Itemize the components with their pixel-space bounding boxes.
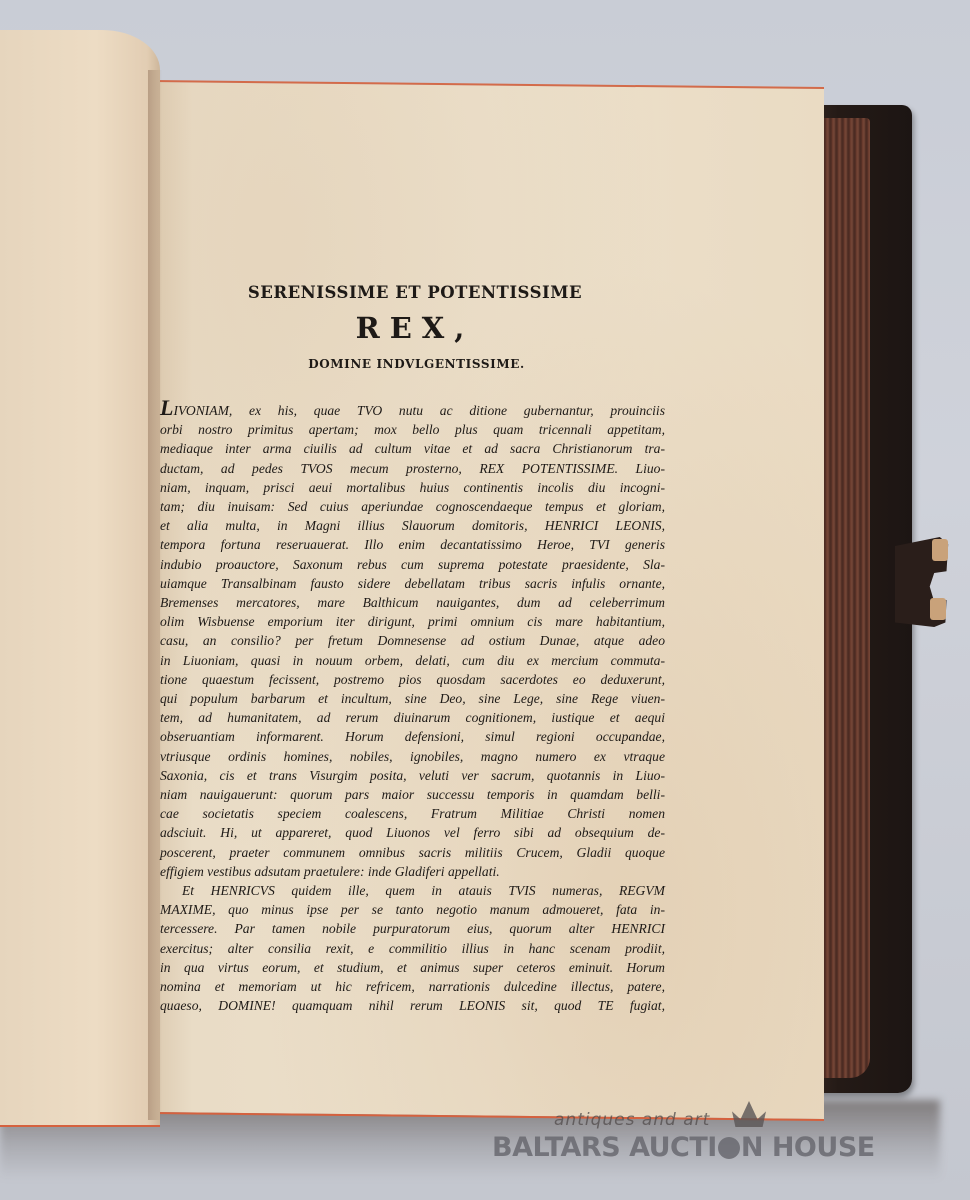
text-line: vtriusque ordinis homines, nobiles, igno… bbox=[160, 747, 665, 766]
text-line: Et HENRICVS quidem ille, quem in atauis … bbox=[160, 881, 665, 900]
text-line: obseruantiam informarent. Horum defensio… bbox=[160, 727, 665, 746]
dedication-text: SERENISSIME ET POTENTISSIME REX, DOMINE … bbox=[160, 283, 665, 1016]
text-line: in Liuoniam, quasi in nouum orbem, delat… bbox=[160, 651, 665, 670]
left-page bbox=[0, 30, 160, 1127]
clasp-tip-lower bbox=[930, 598, 946, 620]
text-line: quaeso, DOMINE! quamquam nihil rerum LEO… bbox=[160, 996, 665, 1015]
text-line: niam nauigauerunt: quorum pars maior suc… bbox=[160, 785, 665, 804]
watermark-tagline: antiques and art bbox=[554, 1110, 710, 1130]
text-line: nomina et memoriam ut hic refricem, narr… bbox=[160, 977, 665, 996]
text-line: tione quaestum fecissent, postremo pios … bbox=[160, 670, 665, 689]
text-line: qui populum barbarum et incultum, sine D… bbox=[160, 689, 665, 708]
text-line: orbi nostro primitus apertam; mox bello … bbox=[160, 420, 665, 439]
text-line: tempora fortuna reseruauerat. Illo enim … bbox=[160, 535, 665, 554]
text-line: casu, an consilio? per fretum Domnesense… bbox=[160, 631, 665, 650]
text-line: olim Wisbuense emporium iter dirigunt, p… bbox=[160, 612, 665, 631]
clasp-tip-upper bbox=[932, 539, 948, 561]
globe-icon bbox=[718, 1137, 740, 1159]
crown-icon bbox=[732, 1101, 766, 1127]
text-line: indubio proauctore, Saxonum rebus cum su… bbox=[160, 555, 665, 574]
text-line: MAXIME, quo minus ipse per se tanto nego… bbox=[160, 900, 665, 919]
photo-scene: SERENISSIME ET POTENTISSIME REX, DOMINE … bbox=[0, 0, 970, 1200]
text-line: niam, inquam, prisci aeui mortalibus hui… bbox=[160, 478, 665, 497]
text-line: tem, ad humanitatem, ad rerum diuinarum … bbox=[160, 708, 665, 727]
text-line: exercitus; alter consilia rexit, e commi… bbox=[160, 939, 665, 958]
text-line: LIVONIAM, ex his, quae TVO nutu ac ditio… bbox=[160, 398, 665, 420]
text-line: ductam, ad pedes TVOS mecum prosterno, R… bbox=[160, 459, 665, 478]
auction-house-watermark: antiques and art BALTARS AUCTIN HOUSE bbox=[492, 1105, 892, 1175]
salutation-heading: SERENISSIME ET POTENTISSIME bbox=[165, 283, 665, 302]
text-line: adsciuit. Hi, ut appareret, quod Liuonos… bbox=[160, 823, 665, 842]
drop-cap: L bbox=[160, 395, 173, 420]
text-line: Bremenses mercatores, mare Balthicum nau… bbox=[160, 593, 665, 612]
text-line: uiamque Transalbinam fausto sidere debel… bbox=[160, 574, 665, 593]
text-line: cae societatis speciem coalescens, Fratr… bbox=[160, 804, 665, 823]
text-line: in qua virtus eorum, et studium, et anim… bbox=[160, 958, 665, 977]
text-line: Saxonia, cis et trans Visurgim posita, v… bbox=[160, 766, 665, 785]
subtitle-heading: DOMINE INDVLGENTISSIME. bbox=[168, 357, 665, 371]
body-paragraphs: LIVONIAM, ex his, quae TVO nutu ac ditio… bbox=[160, 398, 665, 1016]
text-line: et alia multa, in Magni illius Slauorum … bbox=[160, 516, 665, 535]
text-line: tam; diu inuisam: Sed cuius aperiundae c… bbox=[160, 497, 665, 516]
text-line: effigiem vestibus adsutam praetulere: in… bbox=[160, 862, 665, 881]
title-heading: REX, bbox=[165, 311, 665, 345]
text-line: tercessere. Par tamen nobile purpuratoru… bbox=[160, 919, 665, 938]
watermark-brand: BALTARS AUCTIN HOUSE bbox=[492, 1132, 875, 1163]
text-line: mediaque inter arma ciuilis ad cultum vi… bbox=[160, 439, 665, 458]
text-line: poscerent, praeter communem omnibus sacr… bbox=[160, 843, 665, 862]
